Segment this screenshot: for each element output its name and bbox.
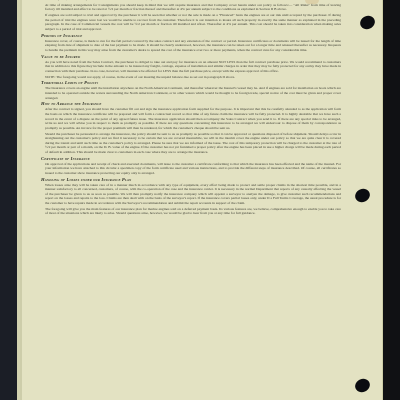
document-body: and if required, we would expect to rece… <box>45 0 341 217</box>
section-paragraph: The foregoing will give you the main fea… <box>45 207 341 216</box>
section-paragraph: As you will have noted from the Sales Co… <box>45 60 341 74</box>
section-paragraph: The Insurance covers an engine until the… <box>45 86 341 100</box>
scan-background-right <box>383 0 400 400</box>
section-note: NOTE: The foregoing would not apply, of … <box>45 75 341 80</box>
page-fold-shadow <box>20 0 22 400</box>
section-paragraph: When losses arise they will be taken car… <box>45 183 341 206</box>
intro-paragraph: At time of making arrangements for Consi… <box>45 3 341 12</box>
intro-paragraph: If engines are sold subject to trial and… <box>45 13 341 31</box>
intro-paragraph: and if required, we would expect to rece… <box>45 0 341 2</box>
section-paragraph: After the contract is signed, you should… <box>45 107 341 130</box>
section-paragraph: On approval of the applications and rece… <box>45 162 341 176</box>
section-paragraph: Insurance cover, of course, is made to r… <box>45 39 341 53</box>
scan-background-left <box>0 0 17 400</box>
section-paragraph: Should the purchaser be persuaded to arr… <box>45 132 341 155</box>
